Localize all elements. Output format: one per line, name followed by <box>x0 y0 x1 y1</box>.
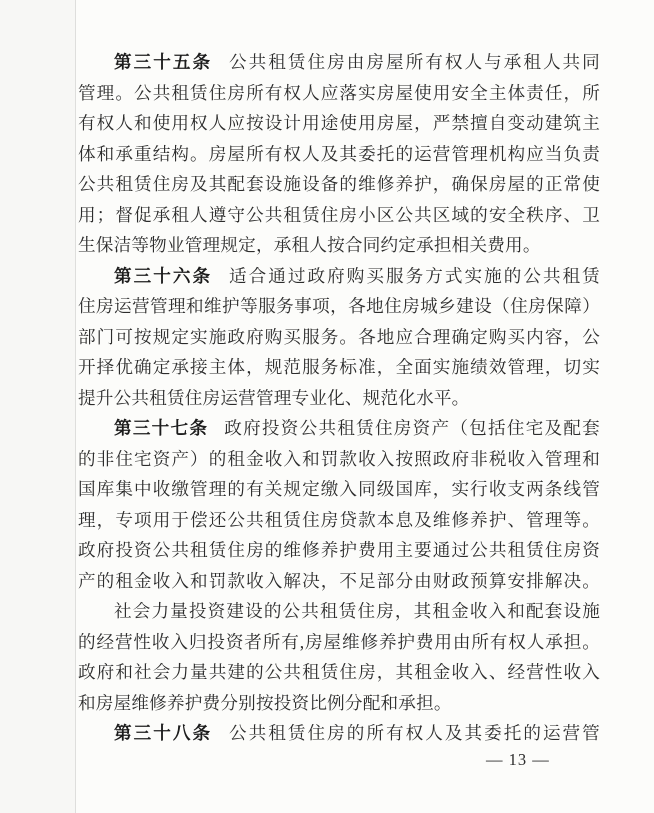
text-line: 体和承重结构。房屋所有权人及其委托的运营管理机构应当负责 <box>78 144 600 164</box>
document-page: 第三十五条公共租赁住房由房屋所有权人与承租人共同 管理。公共租赁住房所有权人应落… <box>0 0 654 813</box>
text-line: 提升公共租赁住房运营管理专业化、规范化水平。 <box>78 388 469 408</box>
text-line: 生保洁等物业管理规定，承租人按合同约定承担相关费用。 <box>78 235 541 255</box>
text-line: 住房运营管理和维护等服务事项，各地住房城乡建设（住房保障） <box>78 291 600 322</box>
text-line: 产的租金收入和罚款收入解决，不足部分由财政预算安排解决。 <box>78 571 600 591</box>
scan-edge-artifact <box>0 0 76 813</box>
text-line: 有权人和使用权人应按设计用途使用房屋，严禁擅自变动建筑主 <box>78 108 600 139</box>
text-line: 适合通过政府购买服务方式实施的公共租赁 <box>227 266 600 286</box>
text-line: 部门可按规定实施政府购买服务。各地应合理确定购买内容，公 <box>78 322 600 353</box>
text-line: 理，专项用于偿还公共租赁住房贷款本息及维修养护、管理等。 <box>78 505 600 536</box>
text-line: 管理。公共租赁住房所有权人应落实房屋使用安全主体责任，所 <box>78 78 600 109</box>
text-line: 社会力量投资建设的公共租赁住房，其租金收入和配套设施 <box>114 601 600 621</box>
text-line: 产的租金收入和罚款收入解决，不足部分由财政预算安排解决。 <box>78 566 600 597</box>
text-line: 的经营性收入归投资者所有,房屋维修养护费用由所有权人承担。 <box>78 632 600 652</box>
text-line: 政府和社会力量共建的公共租赁住房，其租金收入、经营性收入 <box>78 657 600 688</box>
text-line: 的经营性收入归投资者所有,房屋维修养护费用由所有权人承担。 <box>78 627 600 658</box>
article-37-heading-line: 第三十七条政府投资公共租赁住房资产（包括住宅及配套 <box>78 413 600 444</box>
text-line: 公共租赁住房及其配套设施设备的维修养护，确保房屋的正常使 <box>78 174 600 194</box>
text-line: 用；督促承租人遵守公共租赁住房小区公共区域的安全秩序、卫 <box>78 205 600 225</box>
text-line: 政府投资公共租赁住房资产（包括住宅及配套 <box>223 418 600 438</box>
text-line: 和房屋维修养护费分别按投资比例分配和承担。 <box>78 693 452 713</box>
article-number: 第三十八条 <box>114 723 212 743</box>
text-line: 用；督促承租人遵守公共租赁住房小区公共区域的安全秩序、卫 <box>78 200 600 231</box>
article-number: 第三十五条 <box>114 52 212 72</box>
article-35-heading-line: 第三十五条公共租赁住房由房屋所有权人与承租人共同 <box>78 47 600 78</box>
article-38-heading-line: 第三十八条公共租赁住房的所有权人及其委托的运营管 <box>78 718 600 749</box>
text-line: 有权人和使用权人应按设计用途使用房屋，严禁擅自变动建筑主 <box>78 113 600 133</box>
text-line: 公共租赁住房的所有权人及其委托的运营管 <box>227 723 600 743</box>
text-line: 国库集中收缴管理的有关规定缴入同级国库，实行收支两条线管 <box>78 479 600 499</box>
article-number: 第三十六条 <box>114 266 212 286</box>
article-36-heading-line: 第三十六条适合通过政府购买服务方式实施的公共租赁 <box>78 261 600 292</box>
text-line: 政府投资公共租赁住房的维修养护费用主要通过公共租赁住房资 <box>78 540 600 560</box>
text-line: 开择优确定承接主体，规范服务标准，全面实施绩效管理，切实 <box>78 357 600 377</box>
text-line: 公共租赁住房由房屋所有权人与承租人共同 <box>227 52 600 72</box>
text-line: 住房运营管理和维护等服务事项，各地住房城乡建设（住房保障） <box>78 296 600 316</box>
text-line: 生保洁等物业管理规定，承租人按合同约定承担相关费用。 <box>78 230 600 261</box>
text-line: 政府和社会力量共建的公共租赁住房，其租金收入、经营性收入 <box>78 662 600 682</box>
paragraph-start-line: 社会力量投资建设的公共租赁住房，其租金收入和配套设施 <box>78 596 600 627</box>
text-line: 部门可按规定实施政府购买服务。各地应合理确定购买内容，公 <box>78 327 600 347</box>
text-line: 公共租赁住房及其配套设施设备的维修养护，确保房屋的正常使 <box>78 169 600 200</box>
text-line: 的非住宅资产）的租金收入和罚款收入按照政府非税收入管理和 <box>78 449 600 469</box>
document-body: 第三十五条公共租赁住房由房屋所有权人与承租人共同 管理。公共租赁住房所有权人应落… <box>78 47 600 749</box>
text-line: 政府投资公共租赁住房的维修养护费用主要通过公共租赁住房资 <box>78 535 600 566</box>
text-line: 体和承重结构。房屋所有权人及其委托的运营管理机构应当负责 <box>78 139 600 170</box>
text-line: 的非住宅资产）的租金收入和罚款收入按照政府非税收入管理和 <box>78 444 600 475</box>
text-line: 国库集中收缴管理的有关规定缴入同级国库，实行收支两条线管 <box>78 474 600 505</box>
text-line: 开择优确定承接主体，规范服务标准，全面实施绩效管理，切实 <box>78 352 600 383</box>
text-line: 和房屋维修养护费分别按投资比例分配和承担。 <box>78 688 600 719</box>
text-line: 管理。公共租赁住房所有权人应落实房屋使用安全主体责任，所 <box>78 83 600 103</box>
article-number: 第三十七条 <box>114 418 208 438</box>
text-line: 理，专项用于偿还公共租赁住房贷款本息及维修养护、管理等。 <box>78 510 600 530</box>
text-line: 提升公共租赁住房运营管理专业化、规范化水平。 <box>78 383 600 414</box>
page-number: — 13 — <box>486 750 550 770</box>
